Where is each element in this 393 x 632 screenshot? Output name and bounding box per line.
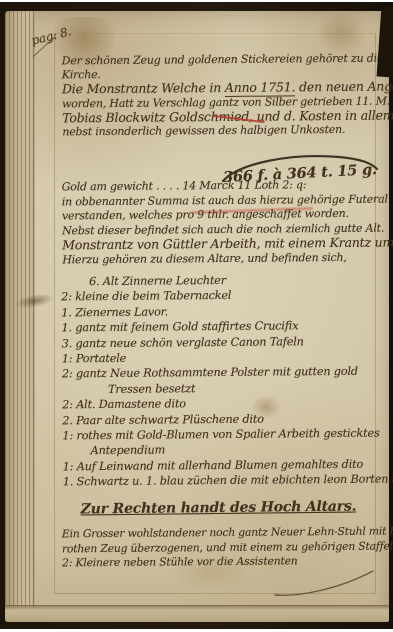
closing-flourish [269, 567, 379, 601]
bottom-fold-line [7, 605, 387, 606]
monstranz-line-pre: Die Monstrantz Welche in [62, 80, 225, 96]
manuscript-line: rothen Zeug überzogenen, und mit einem z… [62, 539, 375, 556]
section-heading: Zur Rechten handt des Hoch Altars. [62, 498, 375, 517]
manuscript-line: Hierzu gehören zu diesem Altare, und bef… [62, 251, 375, 268]
book-backdrop: pag: 8. Der schönen Zeug und goldenen St… [0, 2, 393, 629]
manuscript-line: nebst insonderlich gewissen des halbigen… [62, 123, 375, 140]
inventory-item: 2: gantz Neue Rothsammtene Polster mit g… [62, 364, 375, 382]
page-edges-left [5, 11, 35, 622]
gold-weight-label: Gold am gewicht . . . . [62, 179, 183, 193]
inventory-item: 1. Schwartz u. 1. blau züchen die mit eb… [63, 472, 376, 490]
page-number: pag: 8. [30, 24, 73, 47]
gold-weight-value: 14 Marck 11 Loth 2: q: [182, 178, 306, 194]
gold-paragraph: Gold am gewicht . . . . 14 Marck 11 Loth… [62, 178, 376, 268]
stain-top-right [315, 11, 367, 55]
manuscript-line: Der schönen Zeug und goldenen Stickereie… [62, 52, 375, 69]
cover-wedge-top-right [377, 7, 393, 78]
right-altar-paragraph: Ein Grosser wohlstandener noch gantz Neu… [62, 525, 375, 572]
intro-paragraph: Der schönen Zeug und goldenen Stickereie… [62, 52, 376, 140]
monstranz-line-post: den neuen Angeschafft [295, 78, 393, 94]
manuscript-page: pag: 8. Der schönen Zeug und goldenen St… [5, 11, 389, 622]
page-edges-bottom [5, 605, 389, 622]
inventory-list: 6. Alt Zinnerne Leuchter 2: kleine die b… [61, 272, 376, 490]
